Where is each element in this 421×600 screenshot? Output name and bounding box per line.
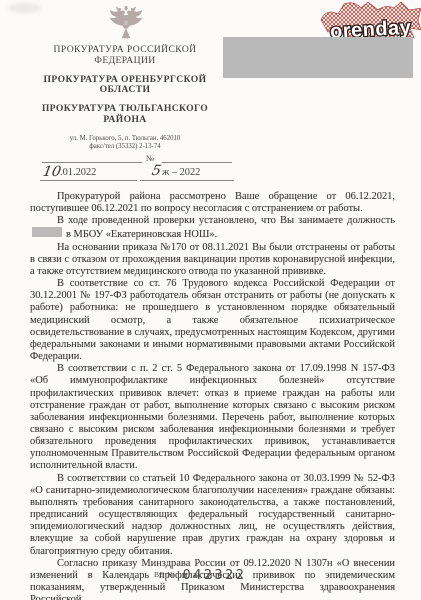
letterhead: ПРОКУРАТУРА РОССИЙСКОЙ ФЕДЕРАЦИИ ПРОКУРА… bbox=[35, 45, 215, 151]
org-phone: факс/тел (35332) 2-13-74 bbox=[35, 143, 215, 151]
handwritten-doc-number: 5 bbox=[151, 163, 163, 179]
paragraph-2: В ходе проведенной проверки установлено,… bbox=[30, 215, 395, 241]
paragraph-1: Прокуратурой района рассмотрено Ваше обр… bbox=[30, 191, 395, 215]
org-region: ПРОКУРАТУРА ОРЕНБУРГСКОЙ ОБЛАСТИ bbox=[35, 75, 215, 97]
printed-date: .01.2022 bbox=[60, 167, 96, 178]
form-series: ВЕ № bbox=[154, 570, 175, 579]
form-serial-stamp: ВЕ № 042322 bbox=[154, 566, 246, 584]
paragraph-2-before: В ходе проведенной проверки установлено,… bbox=[57, 215, 395, 226]
scan-smudge bbox=[8, 3, 42, 13]
org-federation: ПРОКУРАТУРА РОССИЙСКОЙ ФЕДЕРАЦИИ bbox=[35, 45, 215, 67]
date-number-block: № 10 .01.2022 5 ж – 2022 bbox=[42, 152, 238, 184]
paragraph-2-after: в МБОУ «Екатериновская НОШ». bbox=[66, 229, 217, 240]
number-blank-line bbox=[162, 162, 232, 163]
redaction-box-position bbox=[32, 227, 62, 237]
form-number: 042322 bbox=[183, 567, 247, 583]
paragraph-4: В соответствие со ст. 76 Трудового кодек… bbox=[30, 278, 395, 363]
redaction-box-recipient bbox=[223, 37, 413, 78]
org-address: ул. М. Горького, 5, п. Тюльган, 462010 bbox=[35, 135, 215, 143]
paragraph-6: В соответствии со статьей 10 Федеральног… bbox=[30, 473, 395, 558]
date-blank-line bbox=[42, 162, 142, 163]
scanned-letter-page: orenday ПРОКУРАТУРА РОССИЙСКОЙ ФЕДЕРАЦИИ… bbox=[0, 0, 421, 600]
russia-coat-of-arms-icon bbox=[107, 2, 145, 48]
number-underline bbox=[140, 180, 234, 181]
paragraph-5: В соответствии с п. 2 ст. 5 Федерального… bbox=[30, 363, 395, 472]
letter-body: Прокуратурой района рассмотрено Ваше обр… bbox=[30, 191, 395, 600]
printed-doc-number: ж – 2022 bbox=[162, 167, 200, 178]
org-district: ПРОКУРАТУРА ТЮЛЬГАНСКОГО РАЙОНА bbox=[35, 104, 215, 126]
number-sign: № bbox=[146, 153, 154, 163]
date-underline bbox=[40, 180, 137, 181]
paragraph-3: На основании приказа №170 от 08.11.2021 … bbox=[30, 242, 395, 278]
